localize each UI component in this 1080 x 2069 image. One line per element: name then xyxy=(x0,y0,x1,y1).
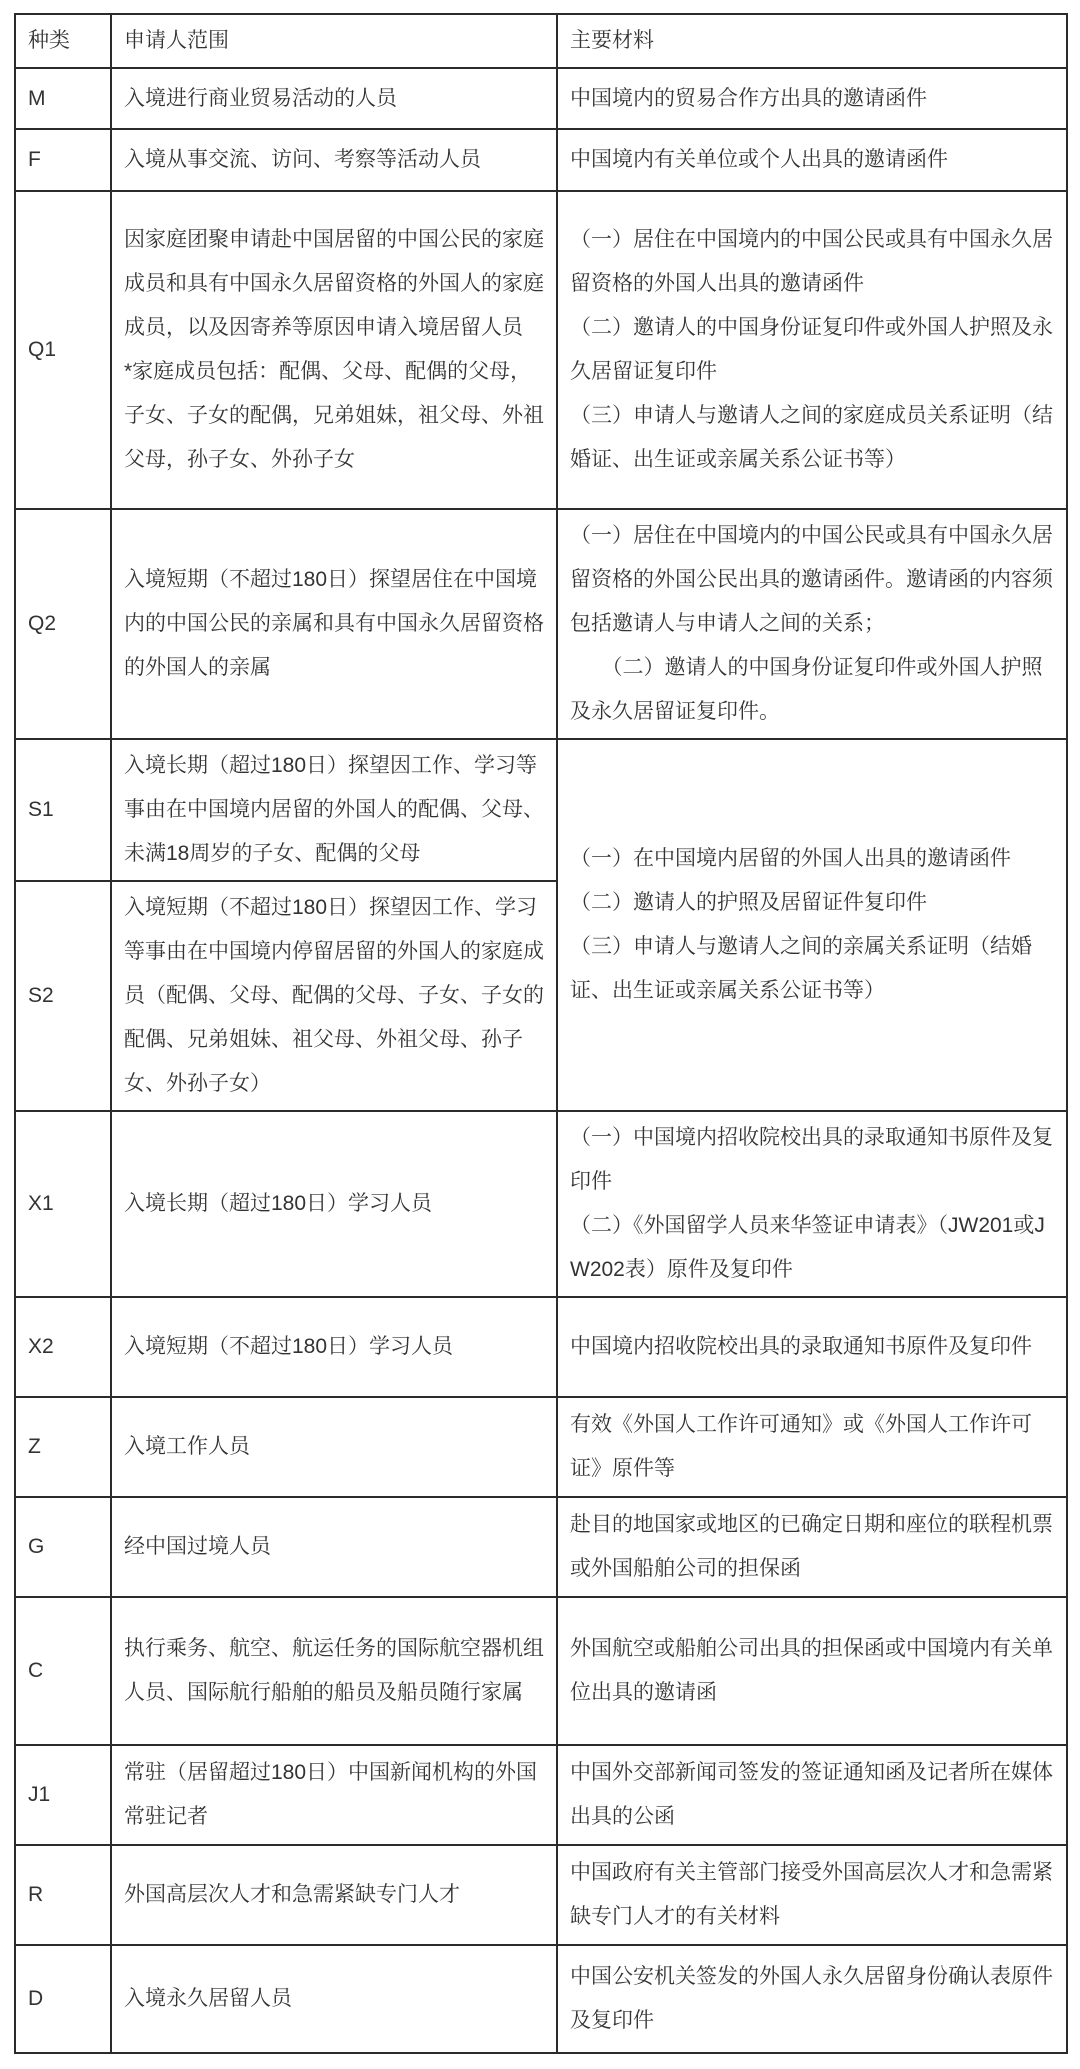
col-header-materials: 主要材料 xyxy=(557,14,1067,68)
table-row-f: F 入境从事交流、访问、考察等活动人员 中国境内有关单位或个人出具的邀请函件 xyxy=(15,129,1067,191)
table-row-j1: J1 常驻（居留超过180日）中国新闻机构的外国常驻记者 中国外交部新闻司签发的… xyxy=(15,1745,1067,1845)
visa-type-cell: Q1 xyxy=(15,191,111,509)
applicant-scope-cell: 入境长期（超过180日）学习人员 xyxy=(111,1111,557,1297)
visa-type-cell: X2 xyxy=(15,1297,111,1397)
visa-type-cell: M xyxy=(15,68,111,129)
visa-type-cell: R xyxy=(15,1845,111,1945)
col-header-applicant-scope: 申请人范围 xyxy=(111,14,557,68)
table-row-q2: Q2 入境短期（不超过180日）探望居住在中国境内的中国公民的亲属和具有中国永久… xyxy=(15,509,1067,739)
materials-cell: 中国外交部新闻司签发的签证通知函及记者所在媒体出具的公函 xyxy=(557,1745,1067,1845)
applicant-scope-cell: 入境长期（超过180日）探望因工作、学习等事由在中国境内居留的外国人的配偶、父母… xyxy=(111,739,557,881)
materials-cell: 中国境内有关单位或个人出具的邀请函件 xyxy=(557,129,1067,191)
table-row-d: D 入境永久居留人员 中国公安机关签发的外国人永久居留身份确认表原件及复印件 xyxy=(15,1945,1067,2053)
visa-type-cell: G xyxy=(15,1497,111,1597)
materials-cell: 有效《外国人工作许可通知》或《外国人工作许可证》原件等 xyxy=(557,1397,1067,1497)
applicant-scope-cell: 入境短期（不超过180日）学习人员 xyxy=(111,1297,557,1397)
table-row-s1: S1 入境长期（超过180日）探望因工作、学习等事由在中国境内居留的外国人的配偶… xyxy=(15,739,1067,881)
applicant-scope-cell: 入境进行商业贸易活动的人员 xyxy=(111,68,557,129)
table-row-q1: Q1 因家庭团聚申请赴中国居留的中国公民的家庭成员和具有中国永久居留资格的外国人… xyxy=(15,191,1067,509)
applicant-scope-cell: 执行乘务、航空、航运任务的国际航空器机组人员、国际航行船舶的船员及船员随行家属 xyxy=(111,1597,557,1745)
materials-cell: 中国政府有关主管部门接受外国高层次人才和急需紧缺专门人才的有关材料 xyxy=(557,1845,1067,1945)
materials-cell: （一）居住在中国境内的中国公民或具有中国永久居留资格的外国人出具的邀请函件 （二… xyxy=(557,191,1067,509)
materials-cell: 赴目的地国家或地区的已确定日期和座位的联程机票或外国船舶公司的担保函 xyxy=(557,1497,1067,1597)
materials-cell: 中国境内的贸易合作方出具的邀请函件 xyxy=(557,68,1067,129)
visa-type-cell: S1 xyxy=(15,739,111,881)
table-row-x2: X2 入境短期（不超过180日）学习人员 中国境内招收院校出具的录取通知书原件及… xyxy=(15,1297,1067,1397)
visa-type-cell: X1 xyxy=(15,1111,111,1297)
materials-cell: 外国航空或船舶公司出具的担保函或中国境内有关单位出具的邀请函 xyxy=(557,1597,1067,1745)
applicant-scope-cell: 入境永久居留人员 xyxy=(111,1945,557,2053)
applicant-scope-cell: 因家庭团聚申请赴中国居留的中国公民的家庭成员和具有中国永久居留资格的外国人的家庭… xyxy=(111,191,557,509)
table-row-g: G 经中国过境人员 赴目的地国家或地区的已确定日期和座位的联程机票或外国船舶公司… xyxy=(15,1497,1067,1597)
col-header-type: 种类 xyxy=(15,14,111,68)
table-row-c: C 执行乘务、航空、航运任务的国际航空器机组人员、国际航行船舶的船员及船员随行家… xyxy=(15,1597,1067,1745)
visa-type-cell: Z xyxy=(15,1397,111,1497)
visa-type-cell: S2 xyxy=(15,881,111,1111)
applicant-scope-cell: 经中国过境人员 xyxy=(111,1497,557,1597)
visa-type-cell: F xyxy=(15,129,111,191)
visa-types-table: 种类 申请人范围 主要材料 M 入境进行商业贸易活动的人员 中国境内的贸易合作方… xyxy=(14,13,1068,2054)
applicant-scope-cell: 入境短期（不超过180日）探望居住在中国境内的中国公民的亲属和具有中国永久居留资… xyxy=(111,509,557,739)
materials-cell: （一）居住在中国境内的中国公民或具有中国永久居留资格的外国公民出具的邀请函件。邀… xyxy=(557,509,1067,739)
applicant-scope-cell: 外国高层次人才和急需紧缺专门人才 xyxy=(111,1845,557,1945)
table-row-m: M 入境进行商业贸易活动的人员 中国境内的贸易合作方出具的邀请函件 xyxy=(15,68,1067,129)
materials-cell: （一）中国境内招收院校出具的录取通知书原件及复印件 （二）《外国留学人员来华签证… xyxy=(557,1111,1067,1297)
header-row: 种类 申请人范围 主要材料 xyxy=(15,14,1067,68)
visa-type-cell: C xyxy=(15,1597,111,1745)
visa-type-cell: Q2 xyxy=(15,509,111,739)
table-row-r: R 外国高层次人才和急需紧缺专门人才 中国政府有关主管部门接受外国高层次人才和急… xyxy=(15,1845,1067,1945)
materials-cell-merged-s1-s2: （一）在中国境内居留的外国人出具的邀请函件 （二）邀请人的护照及居留证件复印件 … xyxy=(557,739,1067,1111)
document-page: 种类 申请人范围 主要材料 M 入境进行商业贸易活动的人员 中国境内的贸易合作方… xyxy=(0,0,1080,2069)
applicant-scope-cell: 入境工作人员 xyxy=(111,1397,557,1497)
applicant-scope-cell: 入境短期（不超过180日）探望因工作、学习等事由在中国境内停留居留的外国人的家庭… xyxy=(111,881,557,1111)
visa-type-cell: J1 xyxy=(15,1745,111,1845)
table-row-x1: X1 入境长期（超过180日）学习人员 （一）中国境内招收院校出具的录取通知书原… xyxy=(15,1111,1067,1297)
materials-cell: 中国公安机关签发的外国人永久居留身份确认表原件及复印件 xyxy=(557,1945,1067,2053)
materials-cell: 中国境内招收院校出具的录取通知书原件及复印件 xyxy=(557,1297,1067,1397)
table-row-z: Z 入境工作人员 有效《外国人工作许可通知》或《外国人工作许可证》原件等 xyxy=(15,1397,1067,1497)
applicant-scope-cell: 常驻（居留超过180日）中国新闻机构的外国常驻记者 xyxy=(111,1745,557,1845)
visa-type-cell: D xyxy=(15,1945,111,2053)
applicant-scope-cell: 入境从事交流、访问、考察等活动人员 xyxy=(111,129,557,191)
